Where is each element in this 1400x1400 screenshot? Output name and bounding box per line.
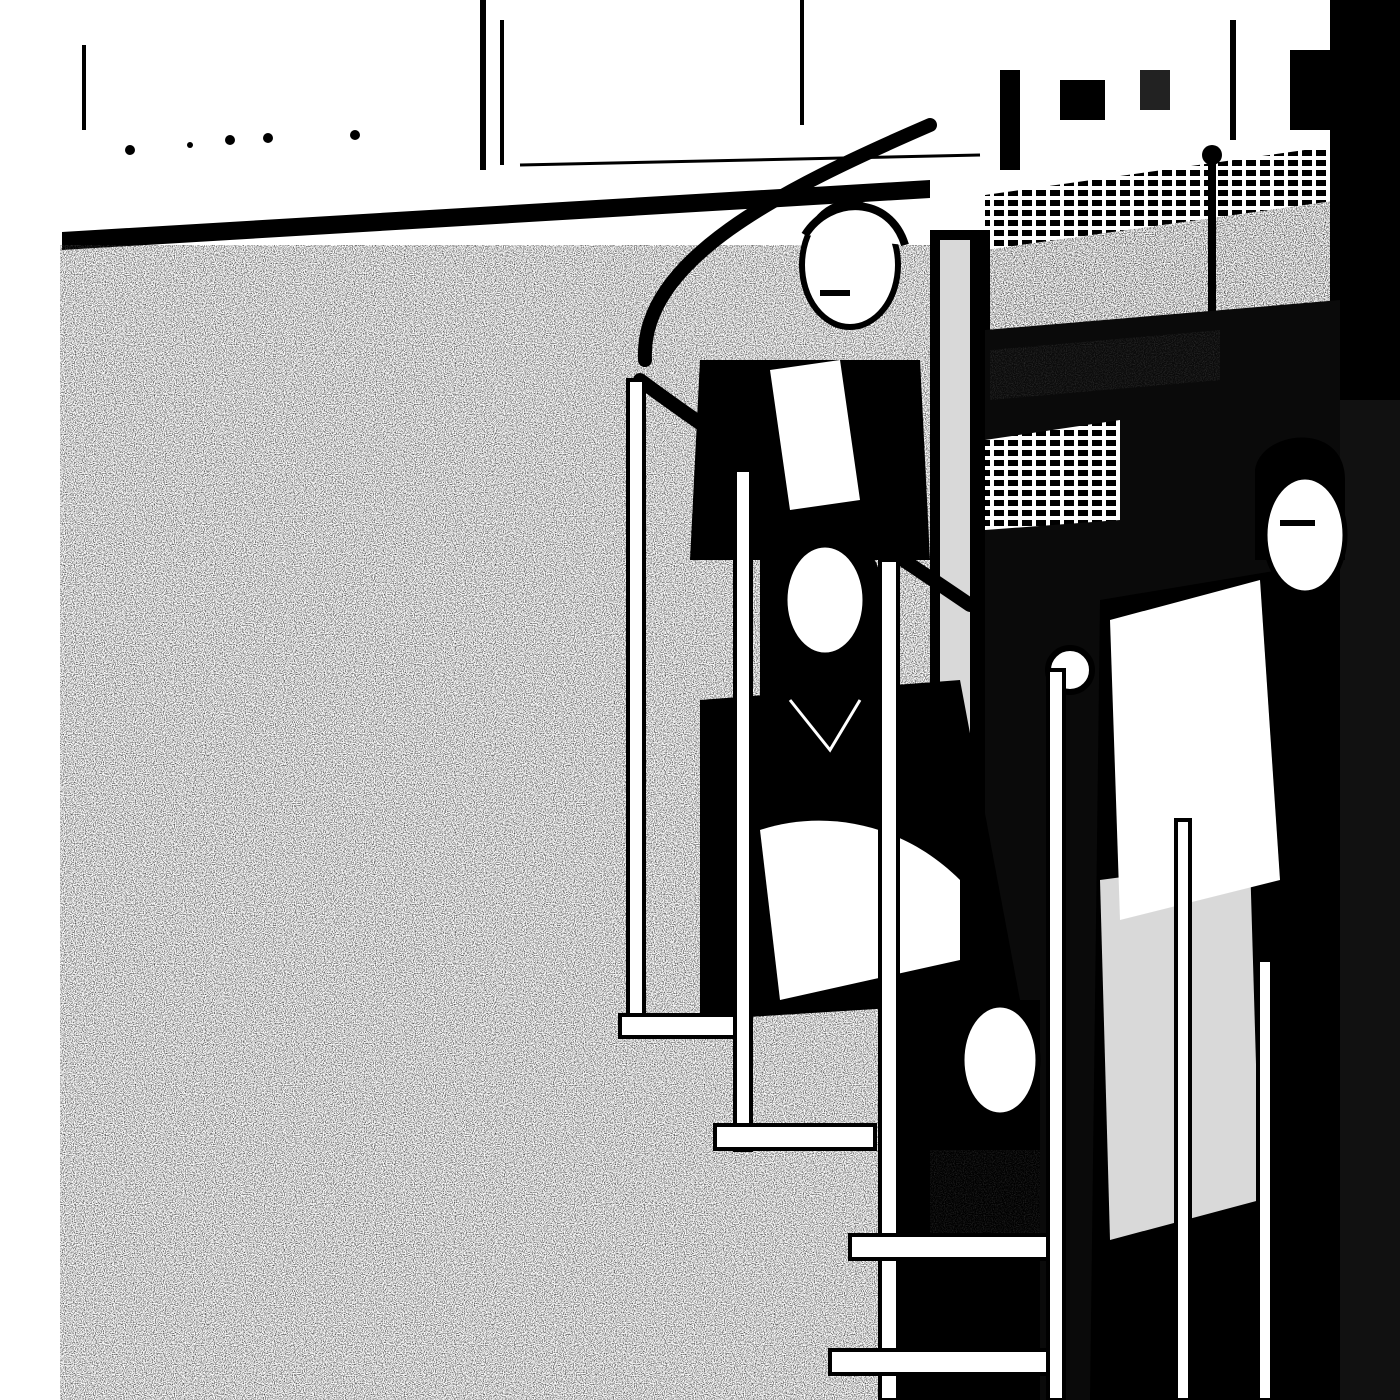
dark-column (1330, 0, 1400, 1400)
person-bottom (900, 1000, 1040, 1400)
photo-canvas (0, 0, 1400, 1400)
building-facade (82, 0, 980, 170)
photograph (0, 0, 1400, 1400)
